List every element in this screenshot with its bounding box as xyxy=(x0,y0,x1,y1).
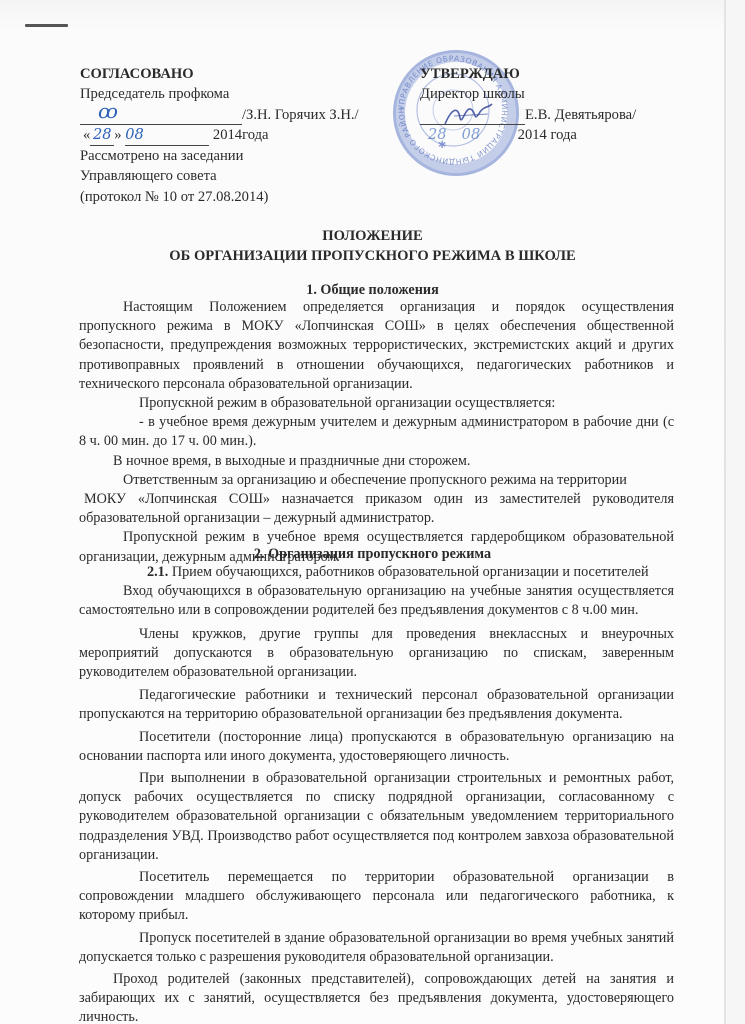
title-line-2: ОБ ОРГАНИЗАЦИИ ПРОПУСКНОГО РЕЖИМА В ШКОЛ… xyxy=(0,246,745,266)
paragraph: Вход обучающихся в образовательную орган… xyxy=(79,582,674,620)
section-1-body: Настоящим Положением определяется органи… xyxy=(79,298,674,567)
paragraph: - в учебное время дежурным учителем и де… xyxy=(79,413,674,451)
signature-underline: ꝏ xyxy=(80,107,242,125)
paragraph: Педагогические работники и технический п… xyxy=(79,686,674,724)
director-signature-icon xyxy=(440,100,500,130)
agreed-date: «28» 08 2014года xyxy=(80,125,380,146)
subsection-2-1-heading: 2.1. Прием обучающихся, работников образ… xyxy=(79,563,674,582)
paragraph: МОКУ «Лопчинская СОШ» назначается приказ… xyxy=(79,490,674,528)
section-2-heading: 2. Организация пропускного режима xyxy=(0,546,745,563)
paragraph: Проход родителей (законных представителе… xyxy=(79,970,674,1024)
paragraph: Посетители (посторонние лица) пропускают… xyxy=(79,728,674,766)
paragraph: Ответственным за организацию и обеспечен… xyxy=(79,471,674,490)
agreed-role: Председатель профкома xyxy=(80,84,380,104)
agreed-signer: /З.Н. Горячих З.Н./ xyxy=(242,107,359,123)
agreed-heading: СОГЛАСОВАНО xyxy=(80,64,380,84)
date-year: 2014года xyxy=(213,127,269,143)
title-line-1: ПОЛОЖЕНИЕ xyxy=(0,226,745,246)
paragraph: В ночное время, в выходные и праздничные… xyxy=(79,452,674,471)
page-margin-strip xyxy=(726,0,745,1024)
reviewed-line-2: Управляющего совета xyxy=(80,166,380,186)
document-title: ПОЛОЖЕНИЕ ОБ ОРГАНИЗАЦИИ ПРОПУСКНОГО РЕЖ… xyxy=(0,226,745,266)
paragraph: Пропускной режим в образовательной орган… xyxy=(79,394,674,413)
paragraph: При выполнении в образовательной организ… xyxy=(79,769,674,865)
scan-mark xyxy=(25,24,68,27)
handwritten-signature: ꝏ xyxy=(98,101,118,121)
section-1-heading: 1. Общие положения xyxy=(0,282,745,299)
approved-heading: УТВЕРЖДАЮ xyxy=(420,64,720,84)
paragraph: Настоящим Положением определяется органи… xyxy=(79,298,674,394)
date-day: 28 xyxy=(90,125,114,146)
agreed-signature-line: ꝏ /З.Н. Горячих З.Н./ xyxy=(80,105,380,125)
protocol-reference: (протокол № 10 от 27.08.2014) xyxy=(80,187,380,207)
paragraph: Посетитель перемещается по территории об… xyxy=(79,868,674,926)
approved-signer: Е.В. Девятьярова/ xyxy=(525,107,636,123)
approval-block-agreed: СОГЛАСОВАНО Председатель профкома ꝏ /З.Н… xyxy=(80,64,380,207)
date-year: 2014 года xyxy=(518,127,577,143)
section-2-body: 2.1. Прием обучающихся, работников образ… xyxy=(79,563,674,1024)
paragraph: Члены кружков, другие группы для проведе… xyxy=(79,625,674,683)
reviewed-line-1: Рассмотрено на заседании xyxy=(80,146,380,166)
date-month: 08 xyxy=(125,125,209,146)
paragraph: Пропуск посетителей в здание образовател… xyxy=(79,929,674,967)
